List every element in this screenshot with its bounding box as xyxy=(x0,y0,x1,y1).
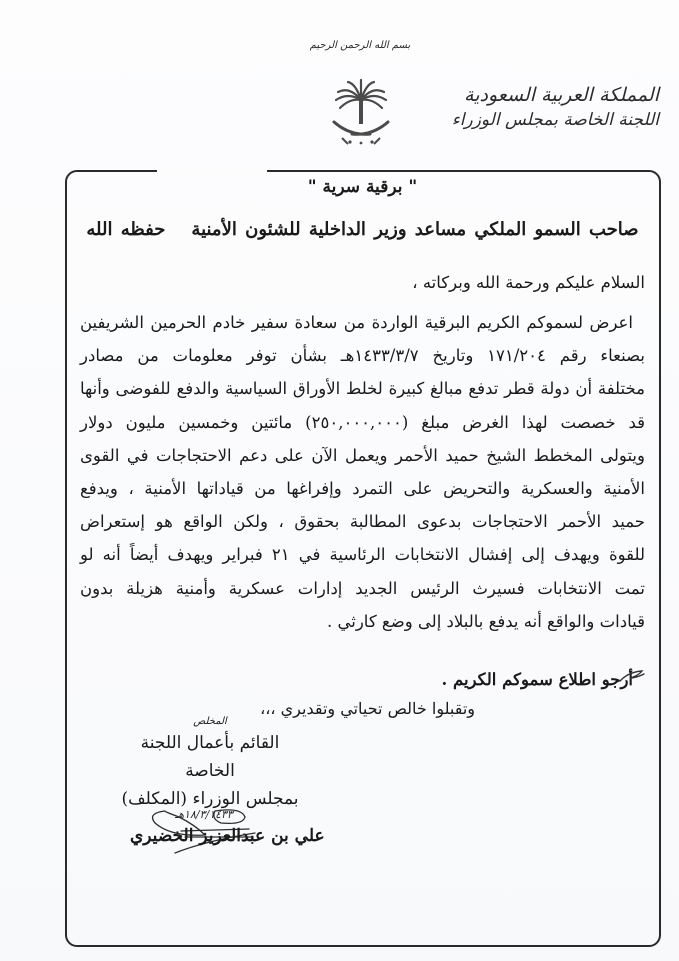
letterhead-kingdom: المملكة العربية السعودية xyxy=(439,82,659,108)
classification-label: " برقية سرية " xyxy=(80,177,645,197)
frame-gap xyxy=(157,166,267,174)
greeting: السلام عليكم ورحمة الله وبركاته ، xyxy=(412,273,645,292)
letterhead-committee: اللجنة الخاصة بمجلس الوزراء xyxy=(439,108,659,132)
addressee: صاحب السمو الملكي مساعد وزير الداخلية لل… xyxy=(191,219,638,240)
letterhead: المملكة العربية السعودية اللجنة الخاصة ب… xyxy=(439,82,659,132)
handwritten-initial-icon xyxy=(618,668,646,684)
handwritten-note: المخلص xyxy=(115,716,305,727)
body-line: حميد الأحمر الاحتجاجات بدعوى المطالبة بح… xyxy=(80,505,645,538)
signature-date: ١٨/٣/١٤٣٣هـ xyxy=(175,808,233,821)
body-line: اعرض لسموكم الكريم البرقية الواردة من سع… xyxy=(80,306,645,339)
body-line: الأمنية والعسكرية والتحريض على التمرد وإ… xyxy=(80,472,645,505)
body-line: مختلفة أن دولة قطر تدفع مبالغ كبيرة لخلط… xyxy=(80,372,645,405)
letter-body: اعرض لسموكم الكريم البرقية الواردة من سع… xyxy=(80,306,645,638)
saudi-emblem-icon xyxy=(330,78,392,148)
basmala: بسم الله الرحمن الرحيم xyxy=(300,40,420,51)
addressee-honorific: حفظه الله xyxy=(86,219,165,240)
body-line: قيادات والواقع أنه يدفع بالبلاد إلى وضع … xyxy=(80,605,645,638)
body-line: قد خصصت لهذا الغرض مبلغ (٢٥٠,٠٠٠,٠٠٠) ما… xyxy=(80,406,645,439)
request-line: أرجو اطلاع سموكم الكريم . xyxy=(441,670,633,689)
document-page: بسم الله الرحمن الرحيم xyxy=(0,0,679,961)
signer-name: علي بن عبدالعزيز الخضيري xyxy=(130,826,325,846)
body-line: للقوة ويهدف إلى إفشال الانتخابات الرئاسي… xyxy=(80,538,645,571)
addressee-line: صاحب السمو الملكي مساعد وزير الداخلية لل… xyxy=(80,219,645,240)
body-line: تمت الانتخابات فسيرث الرئيس الجديد إدارا… xyxy=(80,572,645,605)
body-line: بصنعاء رقم ١٧١/٢٠٤ وتاريخ ١٤٣٣/٣/٧هـ بشأ… xyxy=(80,339,645,372)
body-line: ويتولى المخطط الشيخ حميد الأحمر ويعمل ال… xyxy=(80,439,645,472)
signer-title-line1: القائم بأعمال اللجنة الخاصة xyxy=(115,729,305,785)
